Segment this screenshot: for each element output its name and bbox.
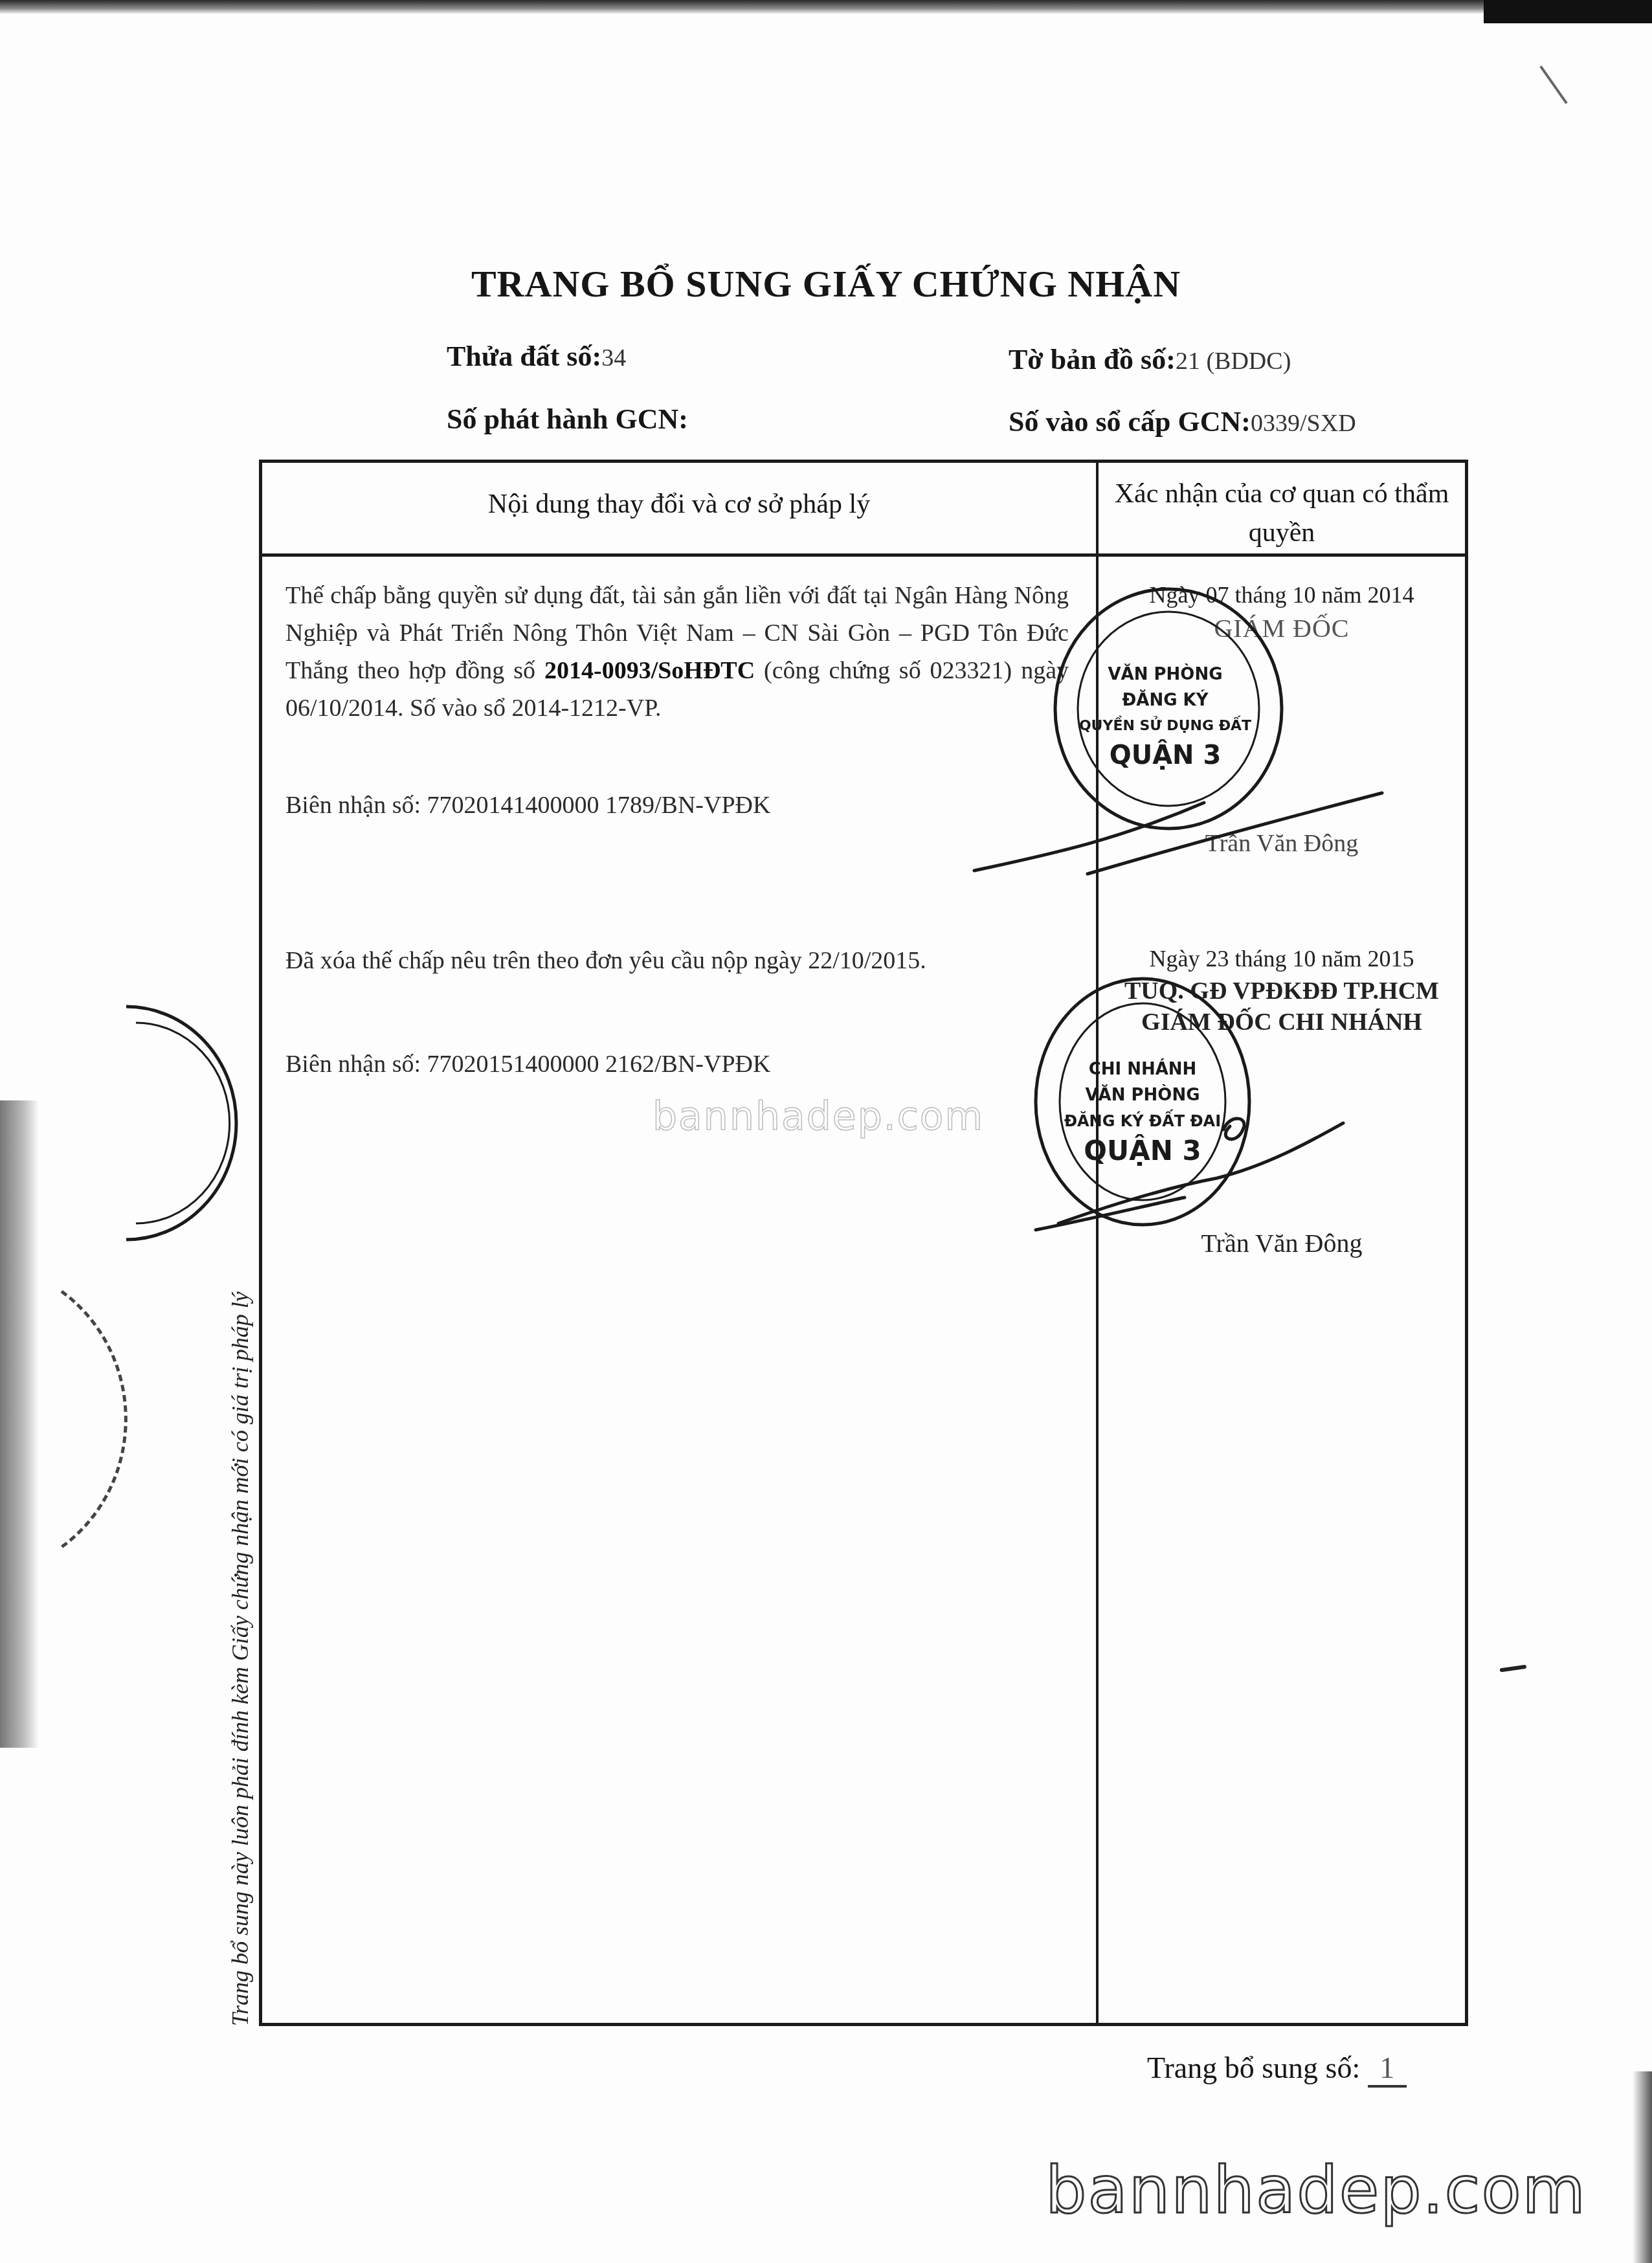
issue-number: Số phát hành GCN: xyxy=(447,403,688,436)
entry-2-confirm-role-sub: GIÁM ĐỐC CHI NHÁNH xyxy=(1099,1007,1465,1038)
entry-1-confirm-role: GIÁM ĐỐC xyxy=(1099,612,1465,645)
issue-number-label: Số phát hành GCN: xyxy=(447,403,688,435)
entry-1-contract-number: 2014-0093/SoHĐTC xyxy=(544,657,755,684)
entry-1-confirmation: Ngày 07 tháng 10 năm 2014 GIÁM ĐỐC Trần … xyxy=(1099,578,1465,645)
header-divider xyxy=(262,553,1465,557)
entry-2-confirm-date: Ngày 23 tháng 10 năm 2015 xyxy=(1099,942,1465,975)
parcel-label: Thửa đất số: xyxy=(447,340,601,372)
entry-1-confirm-date: Ngày 07 tháng 10 năm 2014 xyxy=(1099,578,1465,612)
entry-2-receipt: Biên nhận số: 77020151400000 2162/BN-VPĐ… xyxy=(285,1045,1069,1083)
entry-1-signer: Trần Văn Đông xyxy=(1099,827,1465,860)
scan-edge-corner xyxy=(1484,0,1652,23)
header-authority-confirmation: Xác nhận của cơ quan có thẩm quyền xyxy=(1099,474,1465,552)
map-sheet-number: Tờ bản đồ số:21 (BDDC) xyxy=(1009,343,1291,376)
entry-2-confirm-role: TUQ. GĐ VPĐKĐĐ TP.HCM xyxy=(1099,975,1465,1007)
entry-2-content: Đã xóa thế chấp nêu trên theo đơn yêu cầ… xyxy=(285,942,1069,979)
document-title: TRANG BỔ SUNG GIẤY CHỨNG NHẬN xyxy=(0,262,1652,306)
map-sheet-value: 21 (BDDC) xyxy=(1176,348,1291,375)
entry-1-content: Thế chấp bằng quyền sử dụng đất, tài sản… xyxy=(285,577,1069,727)
page-number-label: Trang bổ sung số: xyxy=(1147,2051,1360,2084)
staple-mark xyxy=(1539,65,1567,104)
register-number: Số vào sổ cấp GCN:0339/SXD xyxy=(1009,405,1356,438)
entry-2-confirmation: Ngày 23 tháng 10 năm 2015 TUQ. GĐ VPĐKĐĐ… xyxy=(1099,942,1465,1038)
scan-edge-right xyxy=(1633,2071,1652,2263)
parcel-number: Thửa đất số:34 xyxy=(447,340,626,373)
changes-table: Nội dung thay đổi và cơ sở pháp lý Xác n… xyxy=(259,460,1468,2026)
register-number-value: 0339/SXD xyxy=(1251,410,1356,437)
scan-edge-top xyxy=(0,0,1652,14)
supplement-page-number: Trang bổ sung số: 1 xyxy=(1147,2051,1407,2088)
register-number-label: Số vào sổ cấp GCN: xyxy=(1009,406,1251,438)
scan-marks-icon xyxy=(1502,1667,1524,1670)
parcel-value: 34 xyxy=(601,344,626,372)
scan-edge-left xyxy=(0,1100,39,1748)
page-number-value: 1 xyxy=(1368,2051,1407,2088)
watermark-center: bannhadep.com xyxy=(653,1094,984,1139)
entry-2-text: Đã xóa thế chấp nêu trên theo đơn yêu cầ… xyxy=(285,947,926,974)
watermark-bottom: bannhadep.com xyxy=(1045,2152,1587,2228)
header-change-content: Nội dung thay đổi và cơ sở pháp lý xyxy=(262,489,1096,520)
side-legal-note: Trang bổ sung này luôn phải đính kèm Giấ… xyxy=(227,1291,254,2026)
entry-1-receipt: Biên nhận số: 77020141400000 1789/BN-VPĐ… xyxy=(285,786,1069,824)
map-sheet-label: Tờ bản đồ số: xyxy=(1009,344,1176,375)
entry-2-signer: Trần Văn Đông xyxy=(1099,1227,1465,1260)
